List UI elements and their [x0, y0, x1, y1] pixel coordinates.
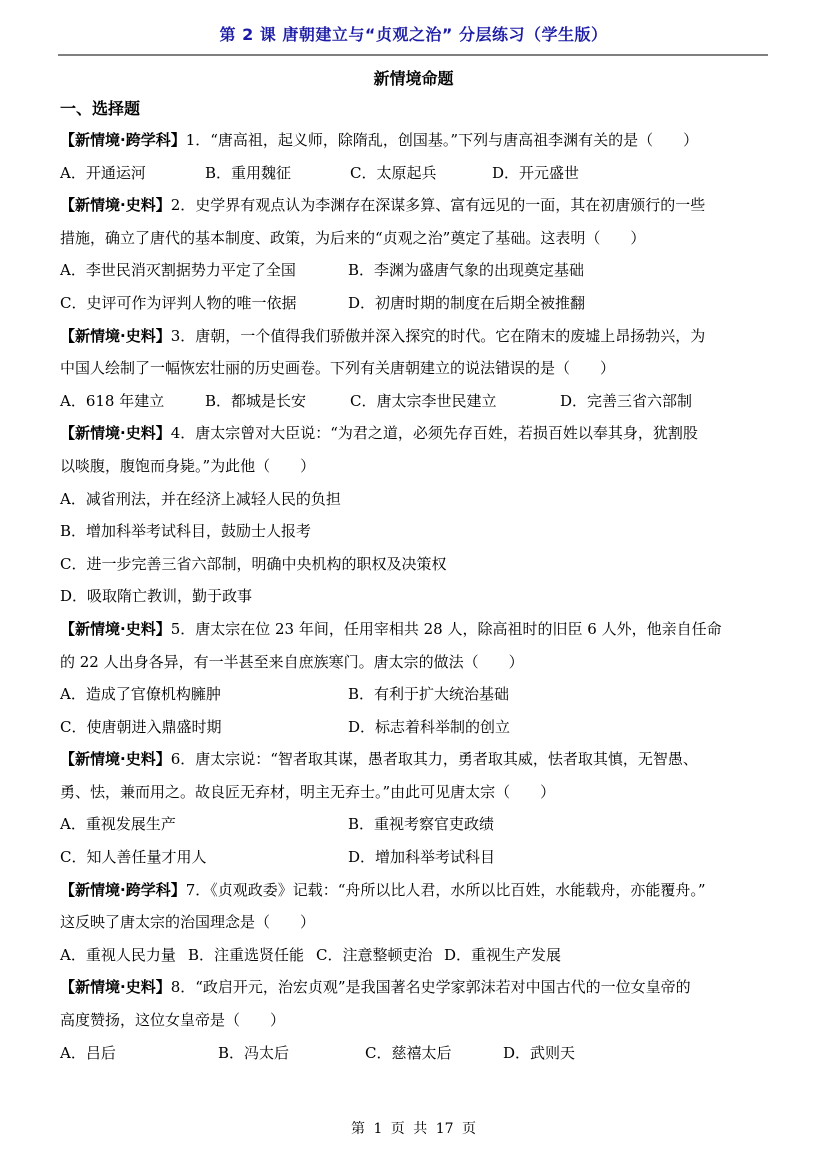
question-tag: 【新情境·史料】 [60, 424, 171, 442]
question-tag: 【新情境·史料】 [60, 196, 171, 214]
question-4-stem-line: 【新情境·史料】4．唐太宗曾对大臣说：“为君之道，必须先存百姓，若损百姓以奉其身… [60, 417, 770, 450]
options-row: A．吕后B．冯太后C．慈禧太后D．武则天 [60, 1037, 770, 1070]
question-list: 【新情境·跨学科】1．“唐高祖，起义师，除隋乱，创国基。”下列与唐高祖李渊有关的… [60, 124, 770, 1069]
option-a: A．减省刑法，并在经济上减轻人民的负担 [60, 483, 341, 516]
option-d: D．开元盛世 [492, 157, 579, 190]
question-7-stem-line: 这反映了唐太宗的治国理念是（ ） [60, 906, 770, 939]
options-row: C．进一步完善三省六部制，明确中央机构的职权及决策权 [60, 548, 770, 581]
question-4-stem-line: 以啖腹，腹饱而身毙。”为此他（ ） [60, 450, 770, 483]
question-tag: 【新情境·史料】 [60, 620, 171, 638]
option-a: A．重视发展生产 [60, 808, 176, 841]
question-text: 6．唐太宗说：“智者取其谋，愚者取其力，勇者取其威，怯者取其慎，无智愚、 [171, 750, 698, 768]
document-header-title: 第 2 课 唐朝建立与“贞观之治” 分层练习（学生版） [0, 22, 827, 45]
question-text: 高度赞扬，这位女皇帝是（ ） [60, 1011, 285, 1029]
option-d: D．初唐时期的制度在后期全被推翻 [348, 287, 585, 320]
option-b: B．重用魏征 [205, 157, 291, 190]
question-text: 5．唐太宗在位 23 年间，任用宰相共 28 人，除高祖时的旧臣 6 人外，他亲… [171, 620, 722, 638]
option-c: C．太原起兵 [350, 157, 436, 190]
option-b: B．冯太后 [218, 1037, 289, 1070]
header-divider [58, 54, 768, 56]
options-row: C．使唐朝进入鼎盛时期D．标志着科举制的创立 [60, 711, 770, 744]
option-d: D．标志着科举制的创立 [348, 711, 510, 744]
question-text: 措施，确立了唐代的基本制度、政策，为后来的“贞观之治”奠定了基础。这表明（ ） [60, 229, 645, 247]
question-2-stem-line: 【新情境·史料】2．史学界有观点认为李渊存在深谋多算、富有远见的一面，其在初唐颁… [60, 189, 770, 222]
option-b: B．都城是长安 [205, 385, 306, 418]
question-5-stem-line: 的 22 人出身各异，有一半甚至来自庶族寒门。唐太宗的做法（ ） [60, 646, 770, 679]
question-text: 勇、怯，兼而用之。故良匠无弃材，明主无弃士。”由此可见唐太宗（ ） [60, 783, 555, 801]
options-row: A．618 年建立B．都城是长安C．唐太宗李世民建立D．完善三省六部制 [60, 385, 770, 418]
option-d: D．重视生产发展 [444, 939, 561, 972]
option-d: D．吸取隋亡教训，勤于政事 [60, 580, 252, 613]
options-row: A．李世民消灭割据势力平定了全国B．李渊为盛唐气象的出现奠定基础 [60, 254, 770, 287]
option-c: C．进一步完善三省六部制，明确中央机构的职权及决策权 [60, 548, 446, 581]
options-row: A．减省刑法，并在经济上减轻人民的负担 [60, 483, 770, 516]
option-a: A．开通运河 [60, 157, 146, 190]
option-a: A．重视人民力量 [60, 939, 176, 972]
option-a: A．618 年建立 [60, 385, 164, 418]
document-body: 一、选择题 【新情境·跨学科】1．“唐高祖，起义师，除隋乱，创国基。”下列与唐高… [60, 96, 770, 1069]
options-row: A．开通运河B．重用魏征C．太原起兵D．开元盛世 [60, 157, 770, 190]
question-2-stem-line: 措施，确立了唐代的基本制度、政策，为后来的“贞观之治”奠定了基础。这表明（ ） [60, 222, 770, 255]
option-b: B．增加科举考试科目，鼓励士人报考 [60, 515, 311, 548]
question-text: 1．“唐高祖，起义师，除隋乱，创国基。”下列与唐高祖李渊有关的是（ ） [186, 131, 698, 149]
question-5-stem-line: 【新情境·史料】5．唐太宗在位 23 年间，任用宰相共 28 人，除高祖时的旧臣… [60, 613, 770, 646]
question-text: 8．“政启开元，治宏贞观”是我国著名史学家郭沫若对中国古代的一位女皇帝的 [171, 978, 691, 996]
options-row: C．史评可作为评判人物的唯一依据D．初唐时期的制度在后期全被推翻 [60, 287, 770, 320]
question-3-stem-line: 中国人绘制了一幅恢宏壮丽的历史画卷。下列有关唐朝建立的说法错误的是（ ） [60, 352, 770, 385]
option-c: C．史评可作为评判人物的唯一依据 [60, 287, 296, 320]
question-text: 4．唐太宗曾对大臣说：“为君之道，必须先存百姓，若损百姓以奉其身，犹割股 [171, 424, 698, 442]
question-8-stem-line: 高度赞扬，这位女皇帝是（ ） [60, 1004, 770, 1037]
question-text: 7．《贞观政委》记载：“舟所以比人君，水所以比百姓，水能载舟，亦能覆舟。” [186, 881, 706, 899]
option-c: C．使唐朝进入鼎盛时期 [60, 711, 221, 744]
part-title: 一、选择题 [60, 96, 770, 122]
options-row: A．重视人民力量B．注重选贤任能C．注意整顿吏治D．重视生产发展 [60, 939, 770, 972]
option-b: B．李渊为盛唐气象的出现奠定基础 [348, 254, 584, 287]
option-a: A．吕后 [60, 1037, 116, 1070]
option-b: B．有利于扩大统治基础 [348, 678, 509, 711]
question-tag: 【新情境·跨学科】 [60, 881, 186, 899]
options-row: A．重视发展生产B．重视考察官吏政绩 [60, 808, 770, 841]
option-b: B．重视考察官吏政绩 [348, 808, 494, 841]
question-tag: 【新情境·史料】 [60, 327, 171, 345]
option-d: D．增加科举考试科目 [348, 841, 495, 874]
question-6-stem-line: 勇、怯，兼而用之。故良匠无弃材，明主无弃士。”由此可见唐太宗（ ） [60, 776, 770, 809]
question-8-stem-line: 【新情境·史料】8．“政启开元，治宏贞观”是我国著名史学家郭沫若对中国古代的一位… [60, 971, 770, 1004]
question-tag: 【新情境·史料】 [60, 750, 171, 768]
option-d: D．武则天 [503, 1037, 575, 1070]
question-text: 以啖腹，腹饱而身毙。”为此他（ ） [60, 457, 315, 475]
question-text: 这反映了唐太宗的治国理念是（ ） [60, 913, 315, 931]
option-c: C．知人善任量才用人 [60, 841, 206, 874]
question-text: 中国人绘制了一幅恢宏壮丽的历史画卷。下列有关唐朝建立的说法错误的是（ ） [60, 359, 615, 377]
question-tag: 【新情境·史料】 [60, 978, 171, 996]
options-row: A．造成了官僚机构臃肿B．有利于扩大统治基础 [60, 678, 770, 711]
option-c: C．注意整顿吏治 [316, 939, 432, 972]
options-row: B．增加科举考试科目，鼓励士人报考 [60, 515, 770, 548]
question-7-stem-line: 【新情境·跨学科】7．《贞观政委》记载：“舟所以比人君，水所以比百姓，水能载舟，… [60, 874, 770, 907]
question-3-stem-line: 【新情境·史料】3．唐朝，一个值得我们骄傲并深入探究的时代。它在隋末的废墟上昂扬… [60, 320, 770, 353]
question-text: 的 22 人出身各异，有一半甚至来自庶族寒门。唐太宗的做法（ ） [60, 653, 524, 671]
option-c: C．唐太宗李世民建立 [350, 385, 496, 418]
option-b: B．注重选贤任能 [188, 939, 304, 972]
options-row: D．吸取隋亡教训，勤于政事 [60, 580, 770, 613]
section-subtitle: 新情境命题 [0, 66, 827, 89]
option-a: A．李世民消灭割据势力平定了全国 [60, 254, 296, 287]
option-d: D．完善三省六部制 [560, 385, 692, 418]
question-text: 3．唐朝，一个值得我们骄傲并深入探究的时代。它在隋末的废墟上昂扬勃兴，为 [171, 327, 706, 345]
question-text: 2．史学界有观点认为李渊存在深谋多算、富有远见的一面，其在初唐颁行的一些 [171, 196, 706, 214]
options-row: C．知人善任量才用人D．增加科举考试科目 [60, 841, 770, 874]
question-tag: 【新情境·跨学科】 [60, 131, 186, 149]
option-a: A．造成了官僚机构臃肿 [60, 678, 221, 711]
option-c: C．慈禧太后 [365, 1037, 451, 1070]
question-6-stem-line: 【新情境·史料】6．唐太宗说：“智者取其谋，愚者取其力，勇者取其威，怯者取其慎，… [60, 743, 770, 776]
page-footer: 第 1 页 共 17 页 [0, 1118, 827, 1138]
question-1-stem-line: 【新情境·跨学科】1．“唐高祖，起义师，除隋乱，创国基。”下列与唐高祖李渊有关的… [60, 124, 770, 157]
